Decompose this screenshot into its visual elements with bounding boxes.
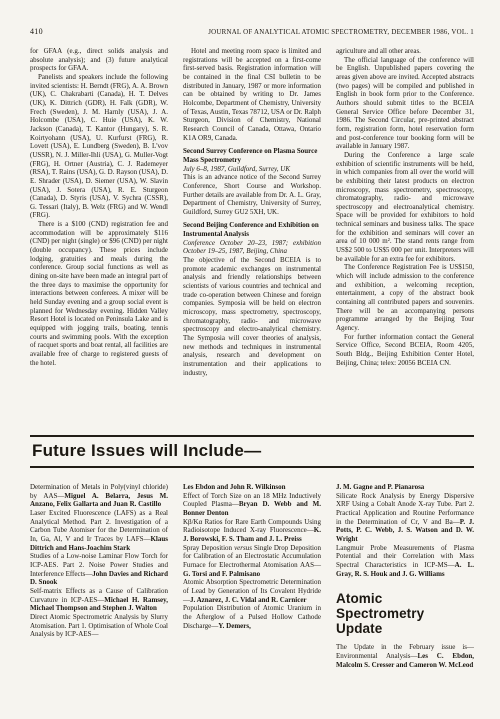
- future-article-entry: Determination of Metals in Poly(vinyl ch…: [30, 483, 168, 509]
- news-column-2: Hotel and meeting room space is limited …: [183, 47, 321, 414]
- article-title: versus: [234, 544, 252, 552]
- article-title: Silicate Rock Analysis by Energy Dispers…: [336, 492, 474, 526]
- future-issues-column-1: Determination of Metals in Poly(vinyl ch…: [30, 483, 168, 695]
- running-head: 410 JOURNAL OF ANALYTICAL ATOMIC SPECTRO…: [30, 27, 474, 36]
- future-article-entry: Les Ebdon and John R. Wilkinson: [183, 483, 321, 492]
- conference-news-section: for GFAA (e.g., direct solids analysis a…: [30, 47, 474, 414]
- announcement-paragraph: Hotel and meeting room space is limited …: [183, 47, 321, 142]
- journal-page: 410 JOURNAL OF ANALYTICAL ATOMIC SPECTRO…: [0, 0, 500, 719]
- future-article-entry: Self-matrix Effects as a Cause of Calibr…: [30, 587, 168, 613]
- announcement-dateline: Conference October 20–23, 1987; exhibiti…: [183, 239, 321, 256]
- future-issues-banner-title: Future Issues will Include—: [32, 441, 474, 461]
- announcement-paragraph: This is an advance notice of the Second …: [183, 173, 321, 216]
- announcement-paragraph: for GFAA (e.g., direct solids analysis a…: [30, 47, 168, 73]
- future-article-entry: Population Distribution of Atomic Uraniu…: [183, 604, 321, 630]
- article-authors: J. Aznarez, J. C. Vidal and R. Carnicer: [190, 596, 307, 604]
- future-issues-column-2: Les Ebdon and John R. WilkinsonEffect of…: [183, 483, 321, 695]
- news-column-1: for GFAA (e.g., direct solids analysis a…: [30, 47, 168, 414]
- article-title: Spray Deposition: [183, 544, 234, 552]
- announcement-paragraph: The objective of the Second BCEIA is to …: [183, 256, 321, 377]
- announcement-paragraph: For further information contact the Gene…: [336, 333, 474, 368]
- article-title: Langmuir Probe Measurements of Plasma Po…: [336, 544, 474, 569]
- page-number: 410: [30, 27, 43, 36]
- announcement-paragraph: The Conference Registration Fee is US$15…: [336, 263, 474, 332]
- future-article-entry: Kβ/Kα Ratios for Rare Earth Compounds Us…: [183, 518, 321, 544]
- journal-title-header: JOURNAL OF ANALYTICAL ATOMIC SPECTROMETR…: [208, 29, 474, 36]
- announcement-heading: Second Beijing Conference and Exhibition…: [183, 221, 321, 239]
- article-title: Laser Excited Fluorescence (LAFS) as a R…: [30, 509, 168, 543]
- future-article-entry: Langmuir Probe Measurements of Plasma Po…: [336, 544, 474, 579]
- future-article-entry: The Update in the February issue is—Envi…: [336, 643, 474, 669]
- announcement-paragraph: During the Conference a large scale exhi…: [336, 151, 474, 264]
- future-article-entry: Effect of Torch Size on an 18 MHz Induct…: [183, 492, 321, 518]
- future-issues-column-3: J. M. Gagne and P. PianarosaSilicate Roc…: [336, 483, 474, 695]
- future-article-entry: Atomic Absorption Spectrometric Determin…: [183, 578, 321, 604]
- article-authors: Y. Demers,: [218, 622, 251, 630]
- announcement-paragraph: Panelists and speakers include the follo…: [30, 73, 168, 220]
- announcement-paragraph: The official language of the conference …: [336, 56, 474, 151]
- news-column-3: agriculture and all other areas.The offi…: [336, 47, 474, 414]
- announcement-dateline: July 6–8, 1987, Guildford, Surrey, UK: [183, 165, 321, 174]
- article-title: Population Distribution of Atomic Uraniu…: [183, 604, 321, 629]
- announcement-paragraph: There is a $100 (CND) registration fee a…: [30, 220, 168, 367]
- future-article-entry: Silicate Rock Analysis by Energy Dispers…: [336, 492, 474, 544]
- future-issues-section: Determination of Metals in Poly(vinyl ch…: [30, 483, 474, 695]
- future-article-entry: Direct Atomic Spectrometric Analysis by …: [30, 613, 168, 639]
- announcement-heading: Second Surrey Conference on Plasma Sourc…: [183, 147, 321, 165]
- future-article-entry: Studies of a Low-noise Laminar Flow Torc…: [30, 552, 168, 587]
- article-title: Kβ/Kα Ratios for Rare Earth Compounds Us…: [183, 518, 321, 535]
- future-issues-banner: Future Issues will Include—: [30, 435, 474, 468]
- article-authors: Les Ebdon and John R. Wilkinson: [183, 483, 285, 491]
- announcement-paragraph: agriculture and all other areas.: [336, 47, 474, 56]
- article-authors: G. Torsi and F. Palmisano: [183, 570, 260, 578]
- future-article-entry: J. M. Gagne and P. Pianarosa: [336, 483, 474, 492]
- article-title: Direct Atomic Spectrometric Analysis by …: [30, 613, 168, 638]
- future-article-entry: Spray Deposition versus Single Drop Depo…: [183, 544, 321, 579]
- future-article-entry: Laser Excited Fluorescence (LAFS) as a R…: [30, 509, 168, 552]
- atomic-spectrometry-update-heading: Atomic Spectrometry Update: [336, 591, 474, 636]
- article-authors: J. M. Gagne and P. Pianarosa: [336, 483, 424, 491]
